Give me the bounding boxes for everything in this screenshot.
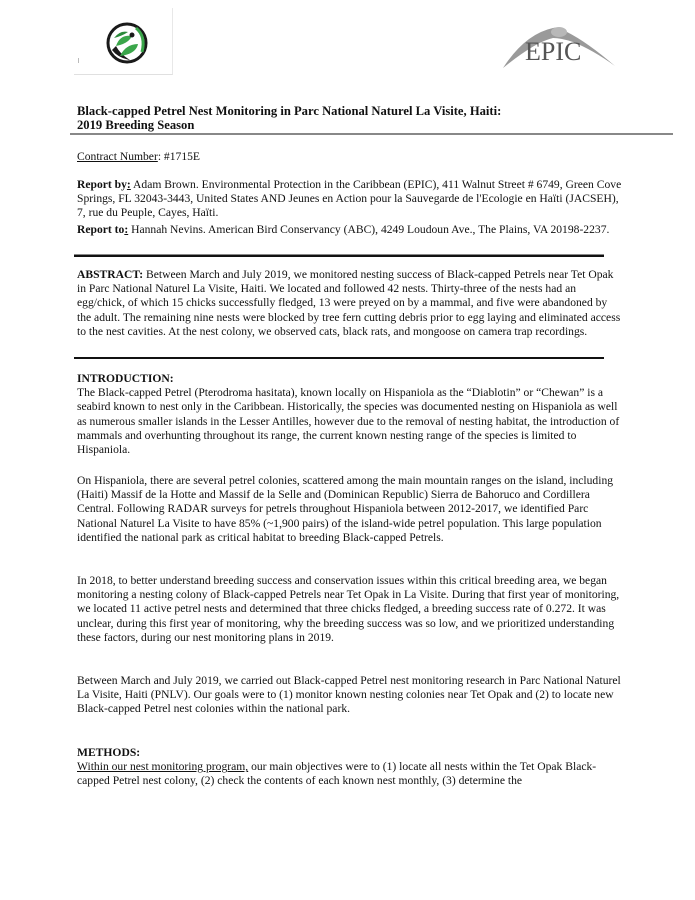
contract-value: : #1715E <box>158 150 200 163</box>
report-by: Report by: Adam Brown. Environmental Pro… <box>77 178 622 221</box>
methods-section: METHODS: Within our nest monitoring prog… <box>77 746 622 789</box>
abstract: ABSTRACT: Between March and July 2019, w… <box>77 268 622 339</box>
report-to: Report to: Hannah Nevins. American Bird … <box>77 223 622 237</box>
intro-paragraph-3: In 2018, to better understand breeding s… <box>77 574 622 645</box>
introduction-heading: INTRODUCTION: <box>77 372 622 386</box>
title-divider <box>70 133 673 135</box>
svg-text:EPIC: EPIC <box>525 37 581 66</box>
intro-paragraph-2: On Hispaniola, there are several petrel … <box>77 474 622 545</box>
abstract-label: ABSTRACT: <box>77 268 143 281</box>
leaf-globe-icon <box>106 22 148 64</box>
methods-paragraph: Within our nest monitoring program, our … <box>77 760 622 788</box>
report-to-label: Report to <box>77 223 124 236</box>
title-line-1: Black-capped Petrel Nest Monitoring in P… <box>77 104 637 118</box>
contract-number: Contract Number: #1715E <box>77 150 622 164</box>
intro-paragraph-1: The Black-capped Petrel (Pterodroma hasi… <box>77 386 622 457</box>
abstract-text: Between March and July 2019, we monitore… <box>77 268 620 338</box>
epic-logo: EPIC <box>495 20 630 70</box>
jacseh-logo <box>74 8 173 75</box>
title-line-2: 2019 Breeding Season <box>77 118 637 132</box>
report-by-text: Adam Brown. Environmental Protection in … <box>77 178 621 219</box>
report-by-label: Report by <box>77 178 127 191</box>
contract-label: Contract Number <box>77 150 158 163</box>
introduction-section: INTRODUCTION: The Black-capped Petrel (P… <box>77 372 622 457</box>
abstract-divider <box>74 357 604 359</box>
bird-wing-icon: EPIC <box>495 20 630 70</box>
header-divider <box>74 254 604 257</box>
intro-paragraph-4: Between March and July 2019, we carried … <box>77 674 622 717</box>
report-to-text: Hannah Nevins. American Bird Conservancy… <box>128 223 609 236</box>
logo-mark <box>78 58 79 63</box>
methods-underlined: Within our nest monitoring program, <box>77 760 248 773</box>
document-title: Black-capped Petrel Nest Monitoring in P… <box>77 104 637 132</box>
methods-heading: METHODS: <box>77 746 622 760</box>
